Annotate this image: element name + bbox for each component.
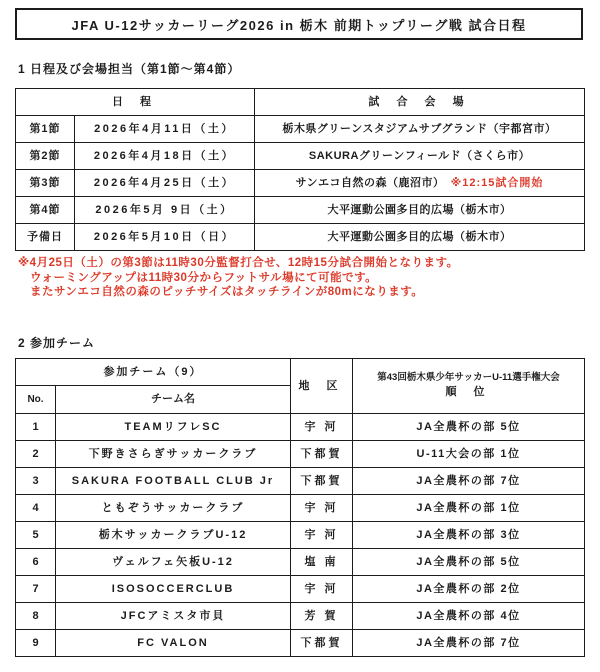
district-cell: 下都賀 — [291, 630, 353, 657]
district-cell: 宇 河 — [291, 414, 353, 441]
schedule-row: 第2節 2026年4月18日（土） SAKURAグリーンフィールド（さくら市） — [16, 143, 585, 170]
district-cell: 塩 南 — [291, 549, 353, 576]
team-no-cell: 2 — [16, 441, 56, 468]
district-cell: 下都賀 — [291, 441, 353, 468]
date-cell: 2026年4月25日（土） — [75, 170, 255, 197]
date-cell: 2026年5月 9日（土） — [75, 197, 255, 224]
date-cell: 2026年4月11日（土） — [75, 116, 255, 143]
schedule-table: 日 程 試 合 会 場 第1節 2026年4月11日（土） 栃木県グリーンスタジ… — [15, 88, 585, 251]
tournament-header-line2: 順 位 — [353, 386, 584, 399]
team-row: 4 ともぞうサッカークラブ 宇 河 JA全農杯の部 1位 — [16, 495, 585, 522]
venue-name: サンエコ自然の森（鹿沼市） — [296, 177, 445, 189]
date-cell: 2026年4月18日（土） — [75, 143, 255, 170]
schedule-row: 第3節 2026年4月25日（土） サンエコ自然の森（鹿沼市）※12:15試合開… — [16, 170, 585, 197]
note-line-2: ウォーミングアップは11時30分からフットサル場にて可能です。 — [18, 271, 459, 286]
team-name-column-header: チーム名 — [56, 386, 291, 414]
district-cell: 宇 河 — [291, 522, 353, 549]
team-row: 7 ISOSOCCERCLUB 宇 河 JA全農杯の部 2位 — [16, 576, 585, 603]
district-column-header: 地 区 — [291, 359, 353, 414]
teams-group-header: 参加チーム（9） — [16, 359, 291, 386]
district-cell: 宇 河 — [291, 576, 353, 603]
note-line-3: またサンエコ自然の森のピッチサイズはタッチラインが80mになります。 — [18, 285, 459, 300]
team-row: 6 ヴェルフェ矢板U-12 塩 南 JA全農杯の部 5位 — [16, 549, 585, 576]
team-no-cell: 7 — [16, 576, 56, 603]
team-row: 2 下野きさらぎサッカークラブ 下都賀 U-11大会の部 1位 — [16, 441, 585, 468]
round-cell: 予備日 — [16, 224, 75, 251]
document-title: JFA U-12サッカーリーグ2026 in 栃木 前期トップリーグ戦 試合日程 — [72, 15, 527, 34]
schedule-header-row: 日 程 試 合 会 場 — [16, 89, 585, 116]
schedule-row: 予備日 2026年5月10日（日） 大平運動公園多目的広場（栃木市） — [16, 224, 585, 251]
rank-cell: JA全農杯の部 5位 — [353, 414, 585, 441]
round-cell: 第4節 — [16, 197, 75, 224]
team-name-cell: SAKURA FOOTBALL CLUB Jr — [56, 468, 291, 495]
district-cell: 宇 河 — [291, 495, 353, 522]
team-no-cell: 8 — [16, 603, 56, 630]
team-name-cell: FC VALON — [56, 630, 291, 657]
section1-heading: 1 日程及び会場担当（第1節～第4節） — [18, 60, 240, 77]
rank-cell: U-11大会の部 1位 — [353, 441, 585, 468]
rank-cell: JA全農杯の部 4位 — [353, 603, 585, 630]
rank-cell: JA全農杯の部 2位 — [353, 576, 585, 603]
round-cell: 第1節 — [16, 116, 75, 143]
venue-cell: 大平運動公園多目的広場（栃木市） — [255, 224, 585, 251]
schedule-notes: ※4月25日（土）の第3節は11時30分監督打合せ、12時15分試合開始となりま… — [18, 256, 459, 300]
team-name-cell: TEAMリフレSC — [56, 414, 291, 441]
venue-time-note: ※12:15試合開始 — [451, 177, 544, 189]
team-no-cell: 9 — [16, 630, 56, 657]
round-cell: 第2節 — [16, 143, 75, 170]
team-row: 9 FC VALON 下都賀 JA全農杯の部 7位 — [16, 630, 585, 657]
team-name-cell: ヴェルフェ矢板U-12 — [56, 549, 291, 576]
schedule-row: 第1節 2026年4月11日（土） 栃木県グリーンスタジアムサブグランド（宇都宮… — [16, 116, 585, 143]
teams-header-row-1: 参加チーム（9） 地 区 第43回栃木県少年サッカーU-11選手権大会 順 位 — [16, 359, 585, 386]
teams-table: 参加チーム（9） 地 区 第43回栃木県少年サッカーU-11選手権大会 順 位 … — [15, 358, 585, 657]
rank-cell: JA全農杯の部 7位 — [353, 630, 585, 657]
team-name-cell: 下野きさらぎサッカークラブ — [56, 441, 291, 468]
document-page: { "colors": { "text": "#1c1c1c", "accent… — [0, 0, 600, 672]
venue-column-header: 試 合 会 場 — [255, 89, 585, 116]
venue-cell: 栃木県グリーンスタジアムサブグランド（宇都宮市） — [255, 116, 585, 143]
tournament-header-line1: 第43回栃木県少年サッカーU-11選手権大会 — [353, 373, 584, 384]
team-no-cell: 6 — [16, 549, 56, 576]
date-cell: 2026年5月10日（日） — [75, 224, 255, 251]
team-row: 5 栃木サッカークラブU-12 宇 河 JA全農杯の部 3位 — [16, 522, 585, 549]
team-name-cell: ともぞうサッカークラブ — [56, 495, 291, 522]
no-column-header: No. — [16, 386, 56, 414]
rank-cell: JA全農杯の部 1位 — [353, 495, 585, 522]
district-cell: 芳 賀 — [291, 603, 353, 630]
team-no-cell: 4 — [16, 495, 56, 522]
rank-cell: JA全農杯の部 5位 — [353, 549, 585, 576]
team-name-cell: JFCアミスタ市貝 — [56, 603, 291, 630]
team-no-cell: 5 — [16, 522, 56, 549]
team-name-cell: ISOSOCCERCLUB — [56, 576, 291, 603]
document-title-box: JFA U-12サッカーリーグ2026 in 栃木 前期トップリーグ戦 試合日程 — [15, 8, 583, 40]
team-row: 1 TEAMリフレSC 宇 河 JA全農杯の部 5位 — [16, 414, 585, 441]
section2-heading: 2 参加チーム — [18, 334, 95, 351]
rank-cell: JA全農杯の部 7位 — [353, 468, 585, 495]
date-column-header: 日 程 — [16, 89, 255, 116]
venue-cell: サンエコ自然の森（鹿沼市）※12:15試合開始 — [255, 170, 585, 197]
team-no-cell: 1 — [16, 414, 56, 441]
team-row: 3 SAKURA FOOTBALL CLUB Jr 下都賀 JA全農杯の部 7位 — [16, 468, 585, 495]
venue-cell: 大平運動公園多目的広場（栃木市） — [255, 197, 585, 224]
team-row: 8 JFCアミスタ市貝 芳 賀 JA全農杯の部 4位 — [16, 603, 585, 630]
team-no-cell: 3 — [16, 468, 56, 495]
round-cell: 第3節 — [16, 170, 75, 197]
venue-cell: SAKURAグリーンフィールド（さくら市） — [255, 143, 585, 170]
rank-cell: JA全農杯の部 3位 — [353, 522, 585, 549]
schedule-row: 第4節 2026年5月 9日（土） 大平運動公園多目的広場（栃木市） — [16, 197, 585, 224]
note-line-1: ※4月25日（土）の第3節は11時30分監督打合せ、12時15分試合開始となりま… — [18, 256, 459, 271]
tournament-column-header: 第43回栃木県少年サッカーU-11選手権大会 順 位 — [353, 359, 585, 414]
district-cell: 下都賀 — [291, 468, 353, 495]
team-name-cell: 栃木サッカークラブU-12 — [56, 522, 291, 549]
